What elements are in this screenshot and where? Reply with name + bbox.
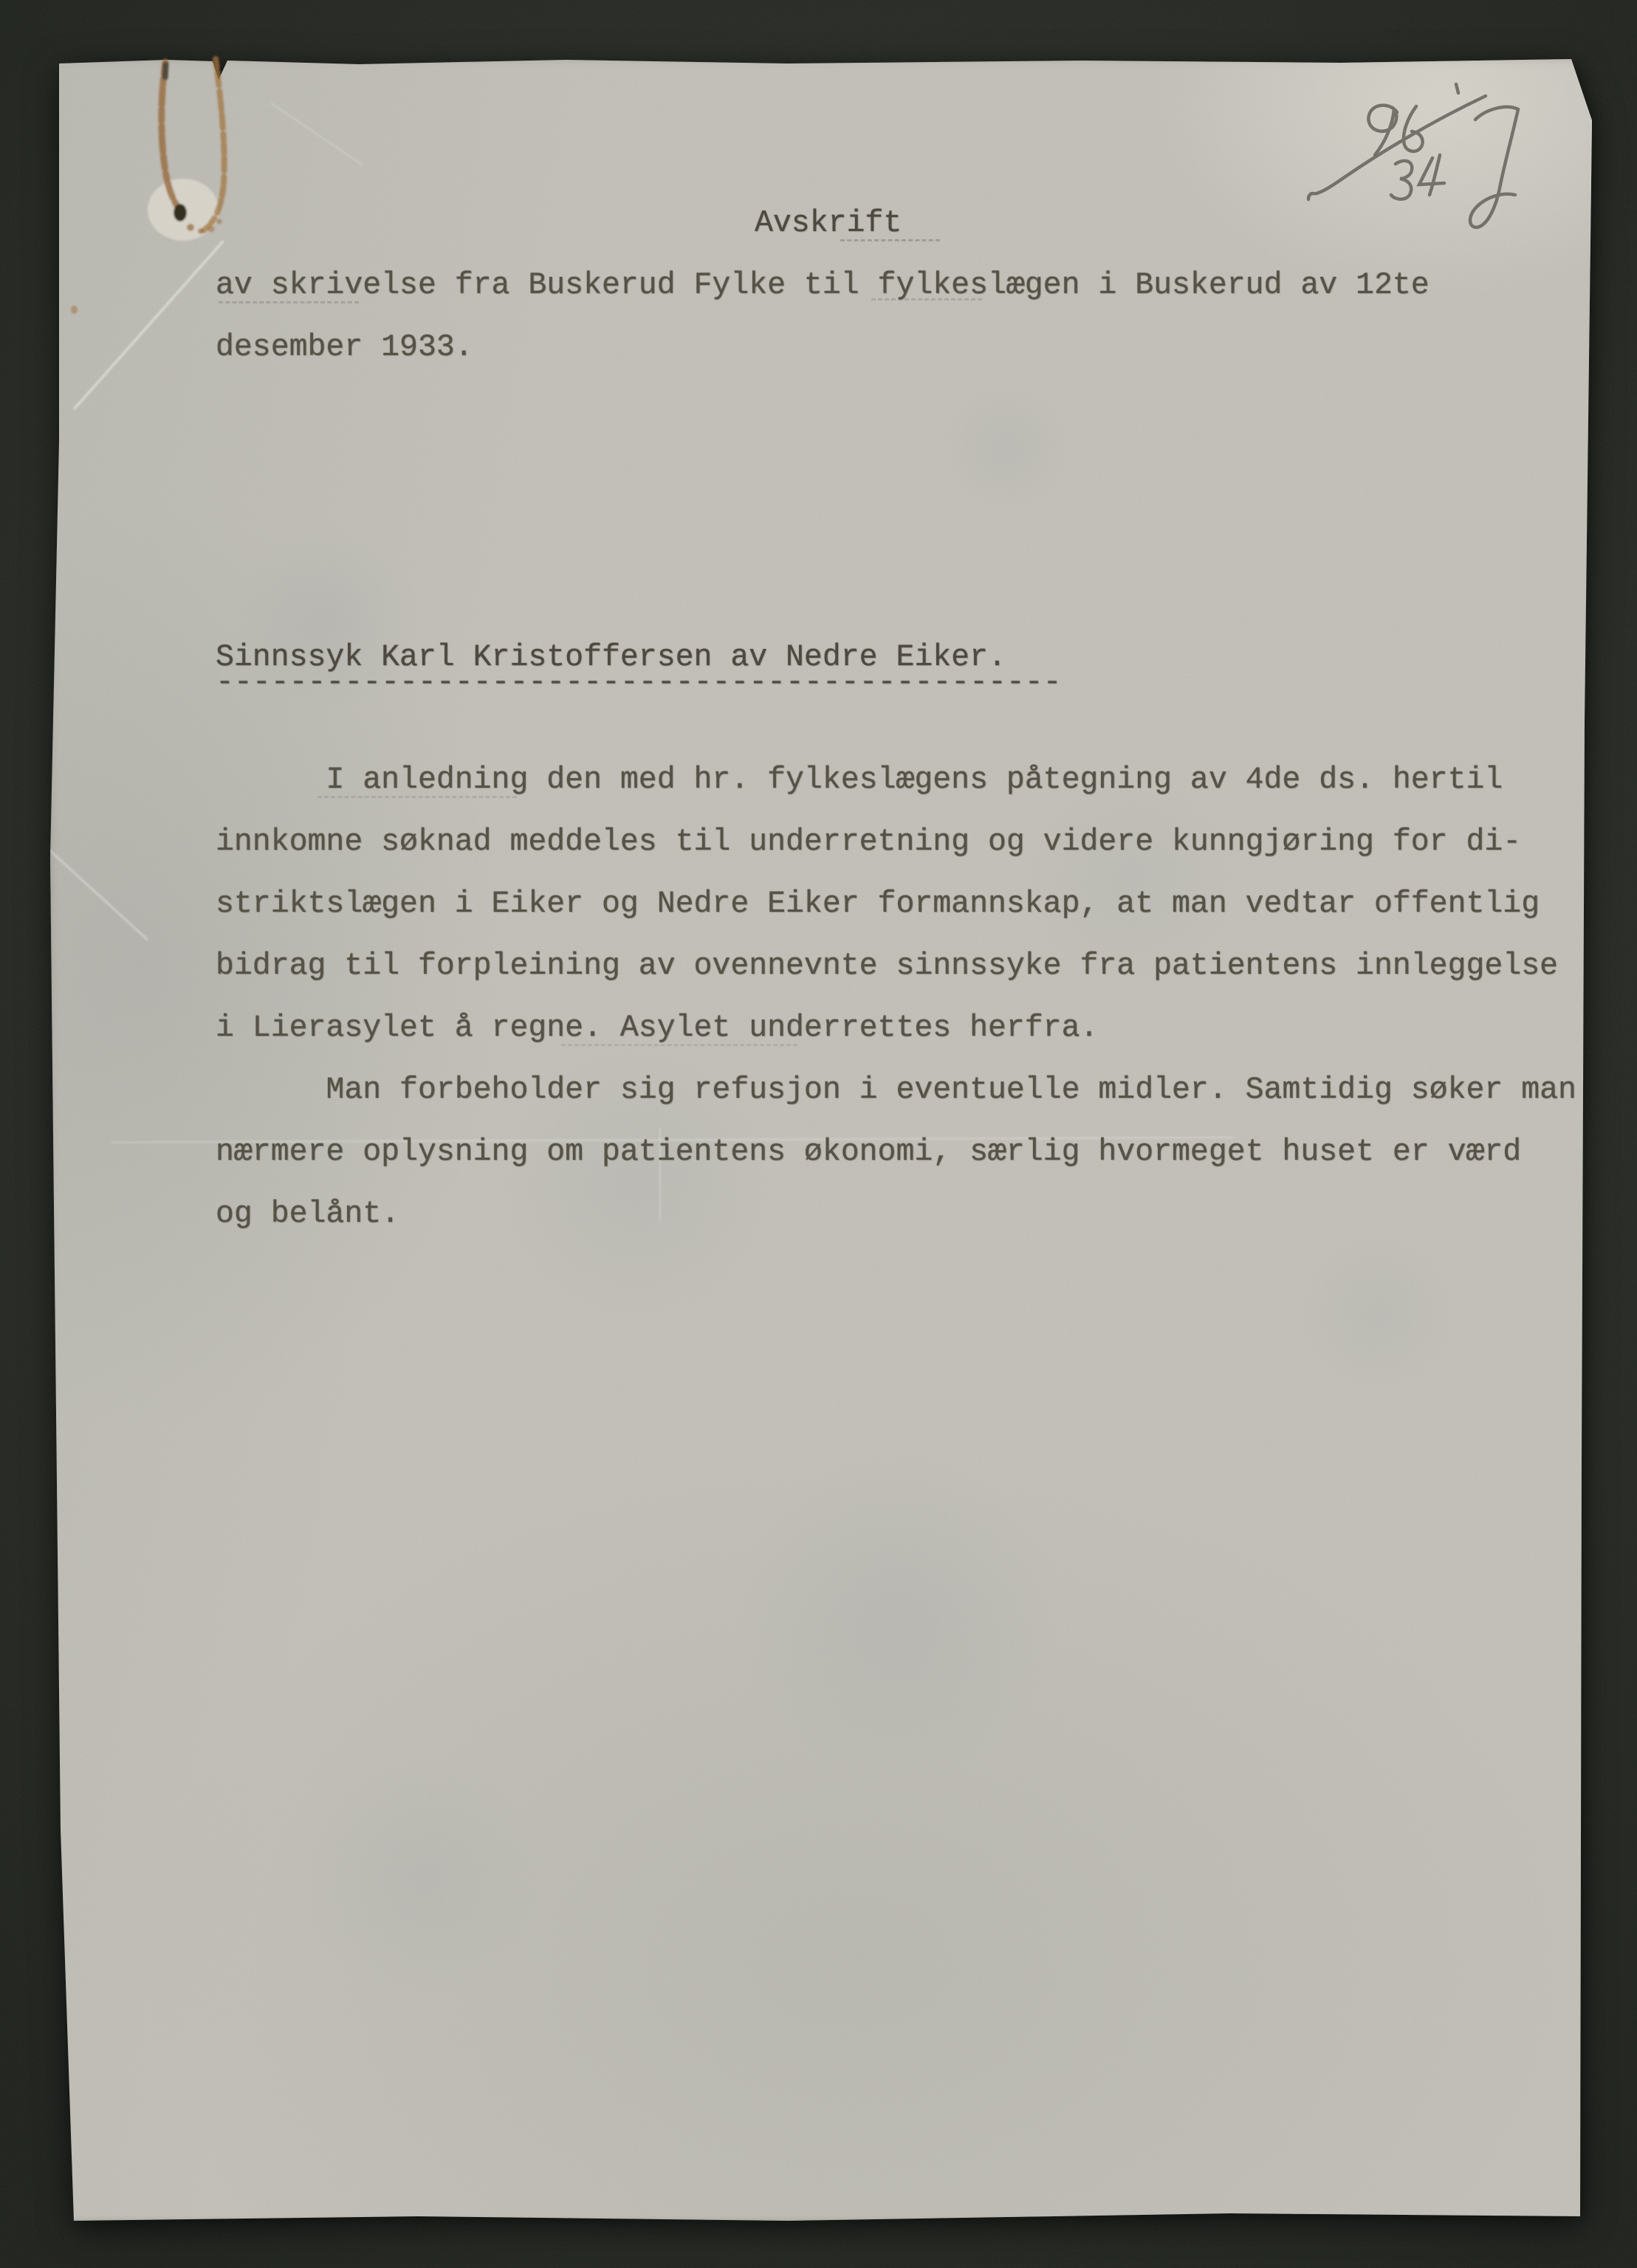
- body-line: innkomne søknad meddeles til underretnin…: [216, 824, 1521, 861]
- rust-speck: [71, 306, 78, 314]
- heading-underline-dashes: ----------------------------------------…: [216, 664, 1062, 701]
- intro-line: desember 1933.: [216, 329, 473, 366]
- body-line: i Lierasylet å regne. Asylet underrettes…: [216, 1010, 1098, 1047]
- document-title: Avskrift: [755, 205, 902, 242]
- body-line: bidrag til forpleining av ovennevnte sin…: [216, 948, 1558, 985]
- body-line: Man forbeholder sig refusjon i eventuell…: [216, 1072, 1576, 1109]
- body-line: I anledning den med hr. fylkeslægens påt…: [216, 762, 1503, 799]
- crease-line: [41, 842, 148, 941]
- crease-line: [73, 240, 224, 410]
- body-line: nærmere oplysning om patientens økonomi,…: [216, 1134, 1521, 1171]
- body-line: og belånt.: [216, 1196, 399, 1233]
- intro-line: av skrivelse fra Buskerud Fylke til fylk…: [216, 267, 1430, 304]
- crease-line: [270, 102, 362, 165]
- scanned-document-page: Avskrift av skrivelse fra Buskerud Fylke…: [0, 0, 1637, 2268]
- body-line: striktslægen i Eiker og Nedre Eiker form…: [216, 886, 1540, 923]
